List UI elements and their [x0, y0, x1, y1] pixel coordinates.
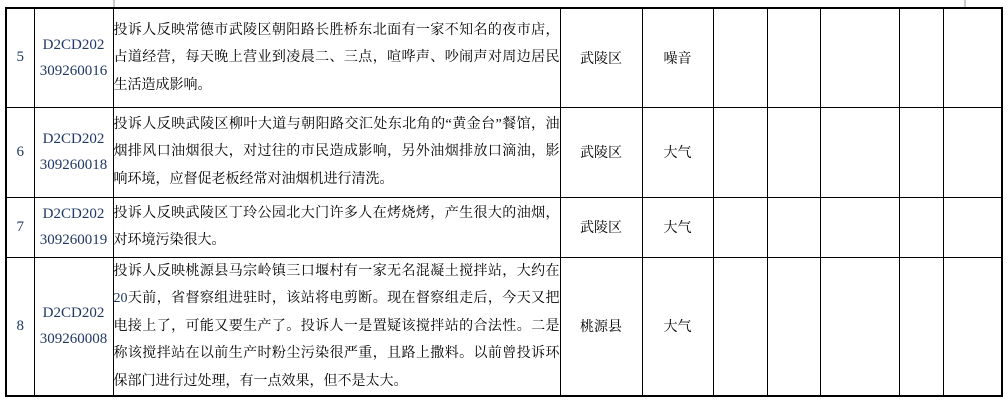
empty-cell[interactable] — [943, 197, 1002, 257]
row-number: 8 — [17, 318, 25, 334]
table-row: 6D2CD202309260018投诉人反映武陵区柳叶大道与朝阳路交汇处东北角的… — [6, 107, 1002, 197]
category-cell[interactable]: 大气 — [642, 107, 713, 197]
table-gridline-marker-left — [113, 0, 115, 7]
empty-cell[interactable] — [713, 197, 767, 257]
description-cell[interactable]: 投诉人反映常德市武陵区朝阳路长胜桥东北面有一家不知名的夜市店，占道经营，每天晚上… — [113, 8, 560, 107]
empty-cell[interactable] — [713, 107, 767, 197]
row-number: 6 — [17, 144, 25, 160]
description-segment: 投诉人反映武陵区柳叶大道与朝阳路交汇处东北角的“黄金台”餐馆，油烟排风口油烟很大… — [114, 117, 560, 187]
empty-cell[interactable] — [899, 107, 943, 197]
empty-cell[interactable] — [820, 257, 899, 396]
district-label: 武陵区 — [580, 221, 622, 236]
empty-cell[interactable] — [767, 197, 820, 257]
district-cell[interactable]: 武陵区 — [560, 107, 642, 197]
empty-cell[interactable] — [767, 257, 820, 396]
category-cell[interactable]: 噪音 — [642, 8, 713, 107]
district-label: 武陵区 — [580, 52, 622, 67]
complaint-id-cell[interactable]: D2CD202309260016 — [34, 8, 113, 107]
table-row: 7D2CD202309260019投诉人反映武陵区丁玲公园北大门许多人在烤烧烤，… — [6, 197, 1002, 257]
description-segment: 天前，省督察组进驻时，该站将电剪断。现在督察组走后，今天又把电接上了，可能又要生… — [114, 291, 560, 389]
category-label: 大气 — [664, 320, 692, 335]
empty-cell[interactable] — [713, 8, 767, 107]
document-page: 5D2CD202309260016投诉人反映常德市武陵区朝阳路长胜桥东北面有一家… — [0, 0, 1008, 406]
row-number-cell[interactable]: 8 — [6, 257, 34, 396]
description-cell[interactable]: 投诉人反映武陵区柳叶大道与朝阳路交汇处东北角的“黄金台”餐馆，油烟排风口油烟很大… — [113, 107, 560, 197]
district-label: 桃源县 — [580, 320, 622, 335]
description-segment: 投诉人反映武陵区丁玲公园北大门许多人在烤烧烤，产生很大的油烟，对环境污染很大。 — [114, 206, 560, 249]
row-number: 5 — [17, 49, 25, 65]
row-number-cell[interactable]: 6 — [6, 107, 34, 197]
complaint-id-cell[interactable]: D2CD202309260018 — [34, 107, 113, 197]
empty-cell[interactable] — [820, 8, 899, 107]
row-number-cell[interactable]: 5 — [6, 8, 34, 107]
category-cell[interactable]: 大气 — [642, 197, 713, 257]
category-label: 大气 — [664, 221, 692, 236]
complaint-id-line: 309260008 — [35, 326, 113, 352]
district-label: 武陵区 — [580, 146, 622, 161]
table-gridline-marker-right — [964, 0, 966, 7]
empty-cell[interactable] — [767, 8, 820, 107]
row-number-cell[interactable]: 7 — [6, 197, 34, 257]
category-cell[interactable]: 大气 — [642, 257, 713, 396]
description-cell[interactable]: 投诉人反映武陵区丁玲公园北大门许多人在烤烧烤，产生很大的油烟，对环境污染很大。 — [113, 197, 560, 257]
complaint-id-cell[interactable]: D2CD202309260019 — [34, 197, 113, 257]
complaint-id-line: 309260016 — [35, 58, 113, 84]
description-segment: 投诉人反映常德市武陵区朝阳路长胜桥东北面有一家不知名的夜市店，占道经营，每天晚上… — [114, 23, 560, 93]
description-segment: 20 — [114, 291, 128, 306]
empty-cell[interactable] — [943, 257, 1002, 396]
empty-cell[interactable] — [943, 8, 1002, 107]
complaint-id-line: D2CD202 — [35, 201, 113, 227]
complaint-id-line: 309260019 — [35, 227, 113, 253]
complaint-id-line: D2CD202 — [35, 32, 113, 58]
table-row: 8D2CD202309260008投诉人反映桃源县马宗岭镇三口堰村有一家无名混凝… — [6, 257, 1002, 396]
district-cell[interactable]: 武陵区 — [560, 197, 642, 257]
empty-cell[interactable] — [820, 107, 899, 197]
complaint-id-line: 309260018 — [35, 152, 113, 178]
complaints-table: 5D2CD202309260016投诉人反映常德市武陵区朝阳路长胜桥东北面有一家… — [5, 7, 1003, 397]
empty-cell[interactable] — [767, 107, 820, 197]
description-segment: 投诉人反映桃源县马宗岭镇三口堰村有一家无名混凝土搅拌站，大约在 — [114, 264, 560, 279]
empty-cell[interactable] — [899, 8, 943, 107]
empty-cell[interactable] — [899, 197, 943, 257]
empty-cell[interactable] — [899, 257, 943, 396]
category-label: 噪音 — [664, 52, 692, 67]
complaint-id-cell[interactable]: D2CD202309260008 — [34, 257, 113, 396]
district-cell[interactable]: 武陵区 — [560, 8, 642, 107]
empty-cell[interactable] — [713, 257, 767, 396]
category-label: 大气 — [664, 146, 692, 161]
complaint-id-line: D2CD202 — [35, 300, 113, 326]
district-cell[interactable]: 桃源县 — [560, 257, 642, 396]
empty-cell[interactable] — [820, 197, 899, 257]
table-row: 5D2CD202309260016投诉人反映常德市武陵区朝阳路长胜桥东北面有一家… — [6, 8, 1002, 107]
row-number: 7 — [17, 219, 25, 235]
description-cell[interactable]: 投诉人反映桃源县马宗岭镇三口堰村有一家无名混凝土搅拌站，大约在20天前，省督察组… — [113, 257, 560, 396]
empty-cell[interactable] — [943, 107, 1002, 197]
complaint-id-line: D2CD202 — [35, 126, 113, 152]
